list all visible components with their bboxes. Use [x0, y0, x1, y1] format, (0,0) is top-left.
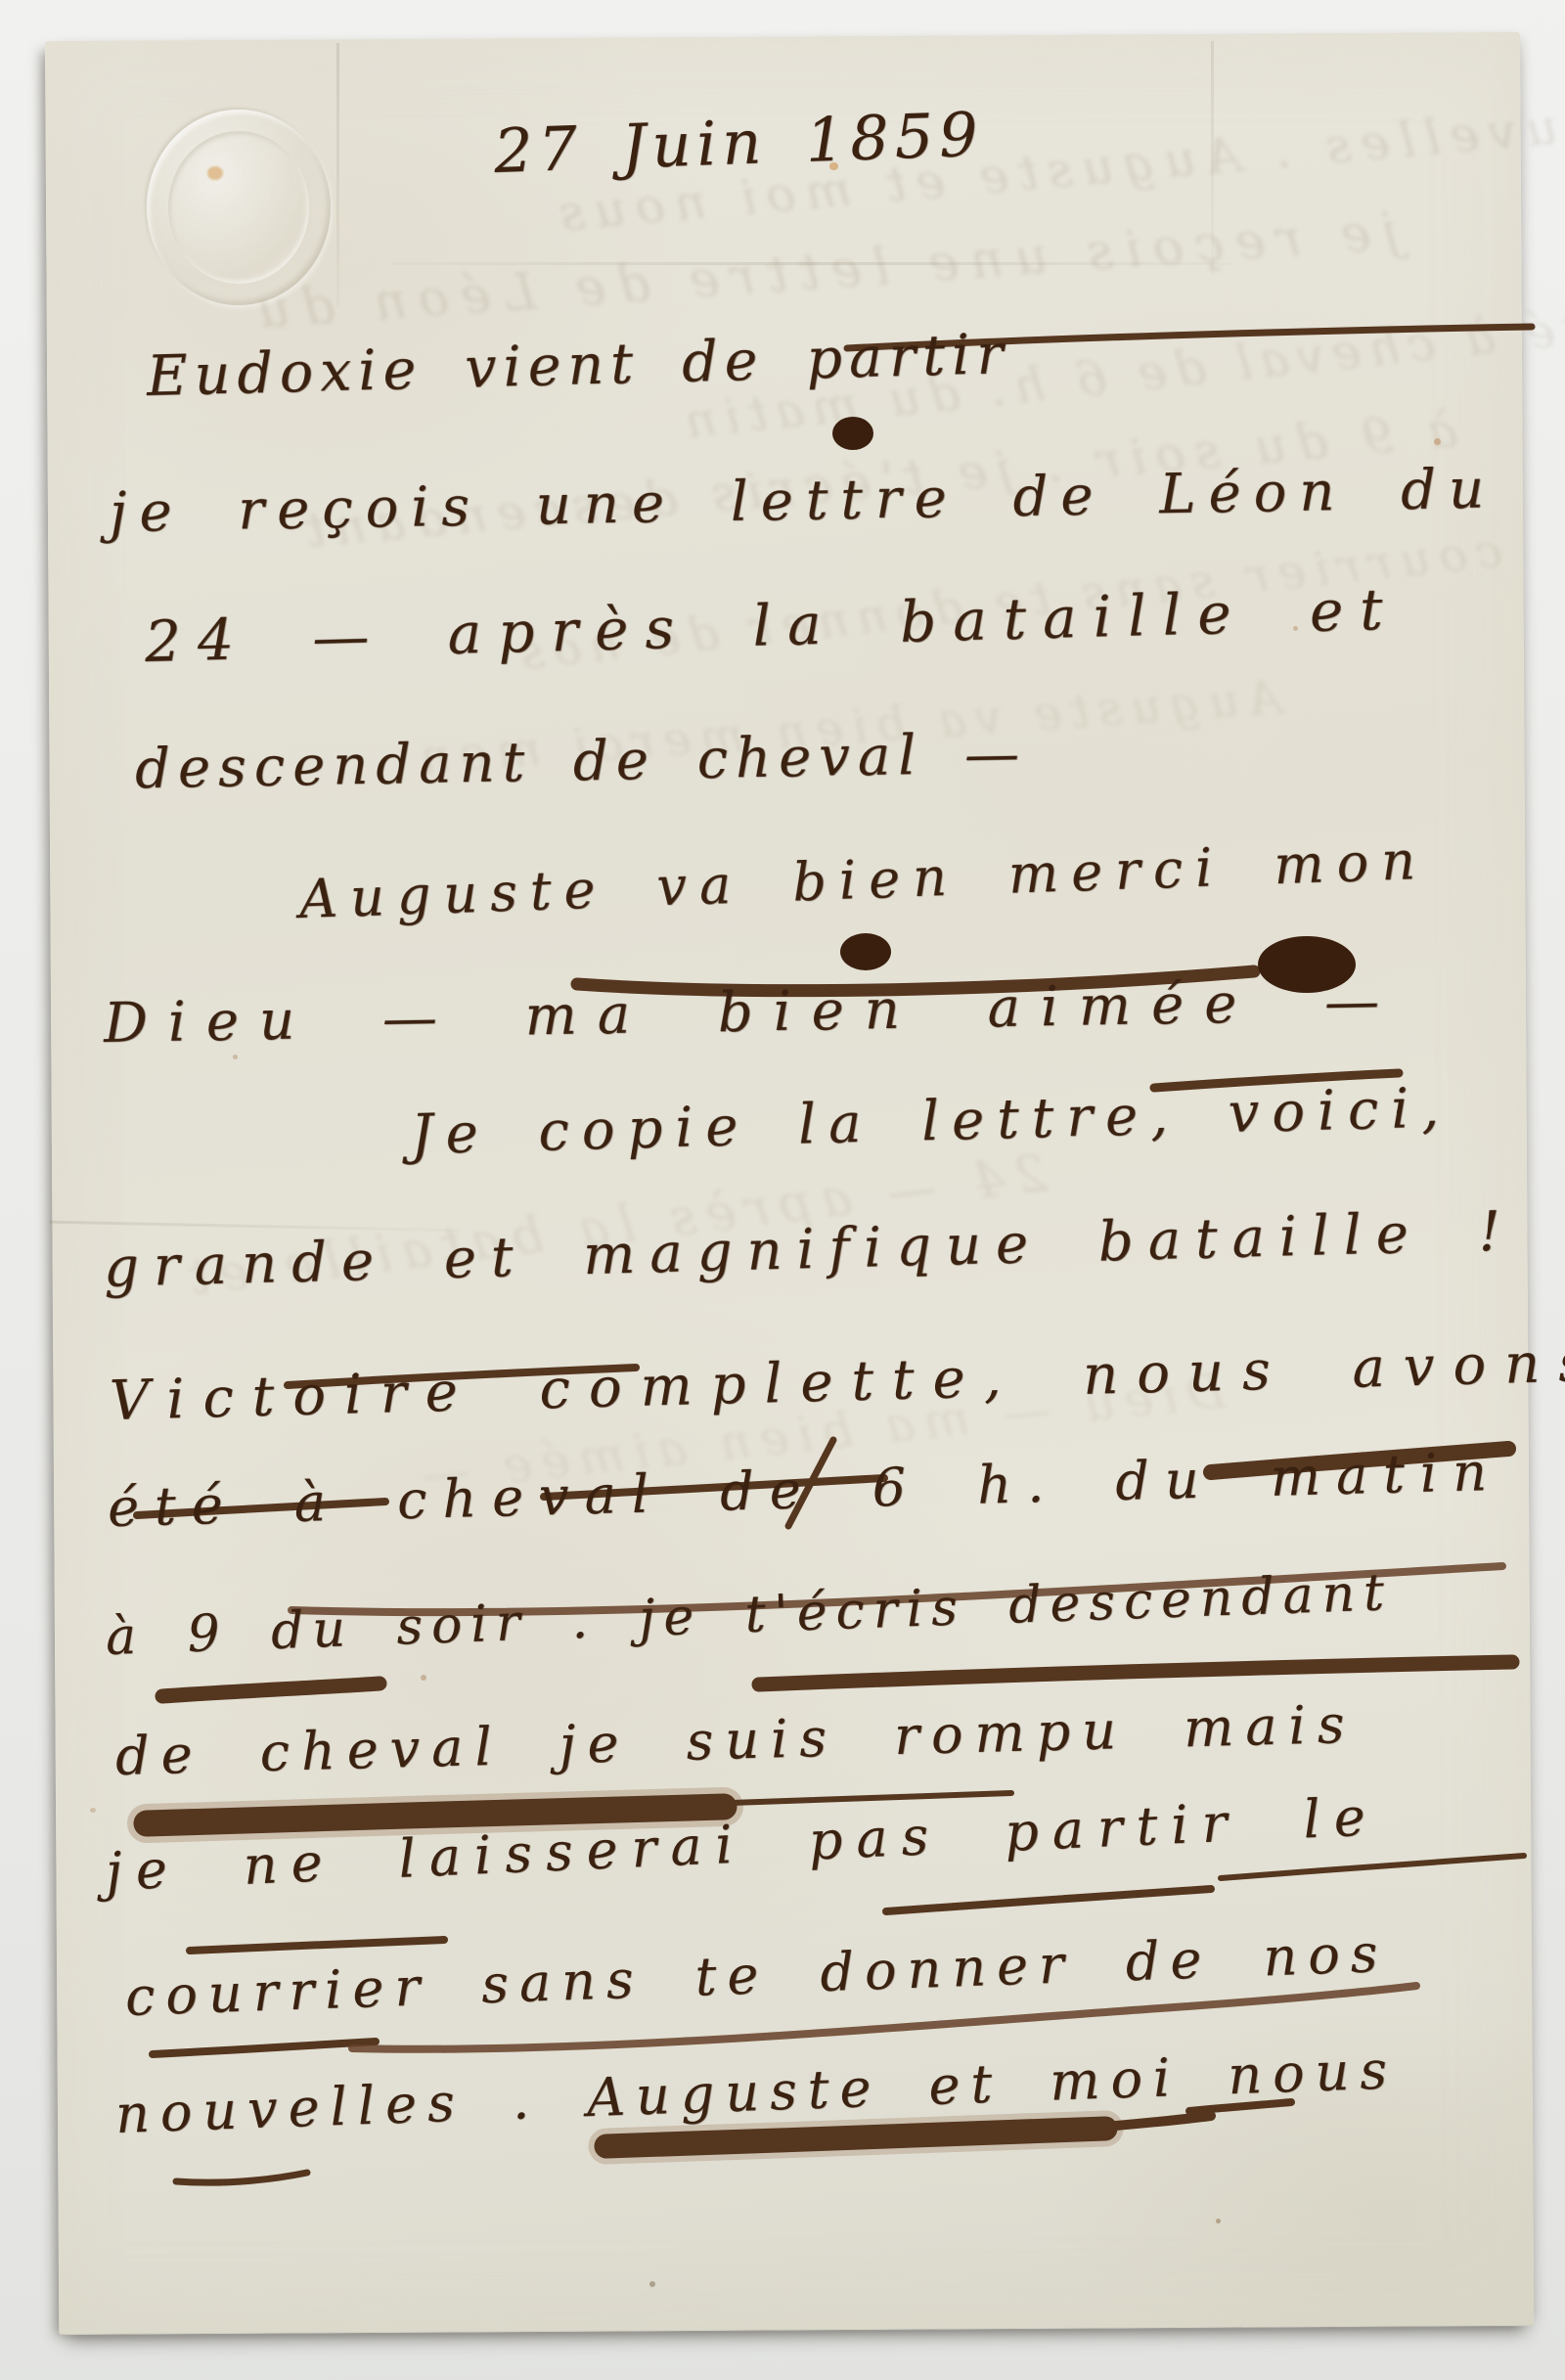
photo-backdrop: nouvelles . Auguste et moi nous je reçoi… [0, 0, 1565, 2380]
embossed-seal [147, 110, 331, 305]
